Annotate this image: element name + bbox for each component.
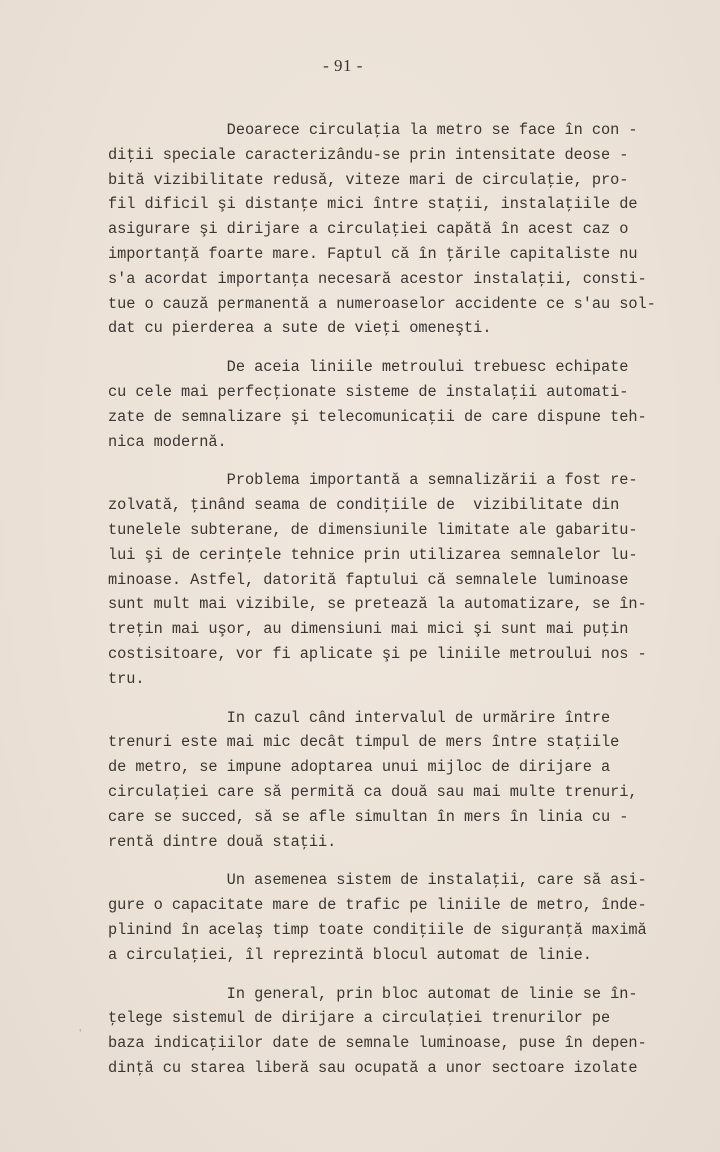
text-line: nica modernă. <box>108 430 720 455</box>
paragraph: De aceia liniile metroului trebuesc echi… <box>108 355 720 454</box>
margin-pencil-mark: ʿ <box>78 1028 83 1044</box>
text-line: care se succed, să se afle simultan în m… <box>108 805 720 830</box>
text-line: Un asemenea sistem de instalaţii, care s… <box>108 868 720 893</box>
text-line: asigurare şi dirijare a circulaţiei capă… <box>108 217 720 242</box>
page-number: - 91 - <box>0 56 686 76</box>
text-line: In cazul când intervalul de urmărire înt… <box>108 706 720 731</box>
text-line: gure o capacitate mare de trafic pe lini… <box>108 893 720 918</box>
text-line: de metro, se impune adoptarea unui mijlo… <box>108 755 720 780</box>
text-line: In general, prin bloc automat de linie s… <box>108 982 720 1007</box>
paragraph-gap <box>108 854 720 868</box>
text-line: s'a acordat importanţa necesară acestor … <box>108 267 720 292</box>
text-line: trenuri este mai mic decât timpul de mer… <box>108 730 720 755</box>
text-line: rentă dintre două staţii. <box>108 830 720 855</box>
paragraph: Problema importantă a semnalizării a fos… <box>108 468 720 691</box>
text-line: zate de semnalizare şi telecomunicaţii d… <box>108 405 720 430</box>
text-line: dat cu pierderea a sute de vieţi omeneşt… <box>108 316 720 341</box>
text-line: importanţă foarte mare. Faptul că în ţăr… <box>108 242 720 267</box>
text-line: tue o cauză permanentă a numeroaselor ac… <box>108 292 720 317</box>
text-line: fil dificil şi distanţe mici între staţi… <box>108 192 720 217</box>
text-line: lui şi de cerinţele tehnice prin utiliza… <box>108 543 720 568</box>
text-line: baza indicaţiilor date de semnale lumino… <box>108 1031 720 1056</box>
paragraph: Deoarece circulaţia la metro se face în … <box>108 118 720 341</box>
paragraph-gap <box>108 692 720 706</box>
text-line: treţin mai uşor, au dimensiuni mai mici … <box>108 617 720 642</box>
text-line: circulaţiei care să permită ca două sau … <box>108 780 720 805</box>
text-line: tru. <box>108 667 720 692</box>
text-line: costisitoare, vor fi aplicate şi pe lini… <box>108 642 720 667</box>
document-body: Deoarece circulaţia la metro se face în … <box>108 118 720 1081</box>
text-line: diţii speciale caracterizându-se prin in… <box>108 143 720 168</box>
text-line: zolvată, ţinând seama de condiţiile de v… <box>108 493 720 518</box>
text-line: plinind în acelaş timp toate condiţiile … <box>108 918 720 943</box>
text-line: bită vizibilitate redusă, viteze mari de… <box>108 168 720 193</box>
text-line: Problema importantă a semnalizării a fos… <box>108 468 720 493</box>
text-line: ţelege sistemul de dirijare a circulaţie… <box>108 1006 720 1031</box>
paragraph: Un asemenea sistem de instalaţii, care s… <box>108 868 720 967</box>
text-line: dinţă cu starea liberă sau ocupată a uno… <box>108 1056 720 1081</box>
paragraph-gap <box>108 968 720 982</box>
text-line: Deoarece circulaţia la metro se face în … <box>108 118 720 143</box>
paragraph-gap <box>108 454 720 468</box>
text-line: De aceia liniile metroului trebuesc echi… <box>108 355 720 380</box>
paragraph: In cazul când intervalul de urmărire înt… <box>108 706 720 855</box>
paragraph-gap <box>108 341 720 355</box>
text-line: cu cele mai perfecţionate sisteme de ins… <box>108 380 720 405</box>
paragraph: In general, prin bloc automat de linie s… <box>108 982 720 1081</box>
text-line: sunt mult mai vizibile, se pretează la a… <box>108 592 720 617</box>
text-line: a circulaţiei, îl reprezintă blocul auto… <box>108 943 720 968</box>
text-line: tunelele subterane, de dimensiunile limi… <box>108 518 720 543</box>
text-line: minoase. Astfel, datorită faptului că se… <box>108 568 720 593</box>
